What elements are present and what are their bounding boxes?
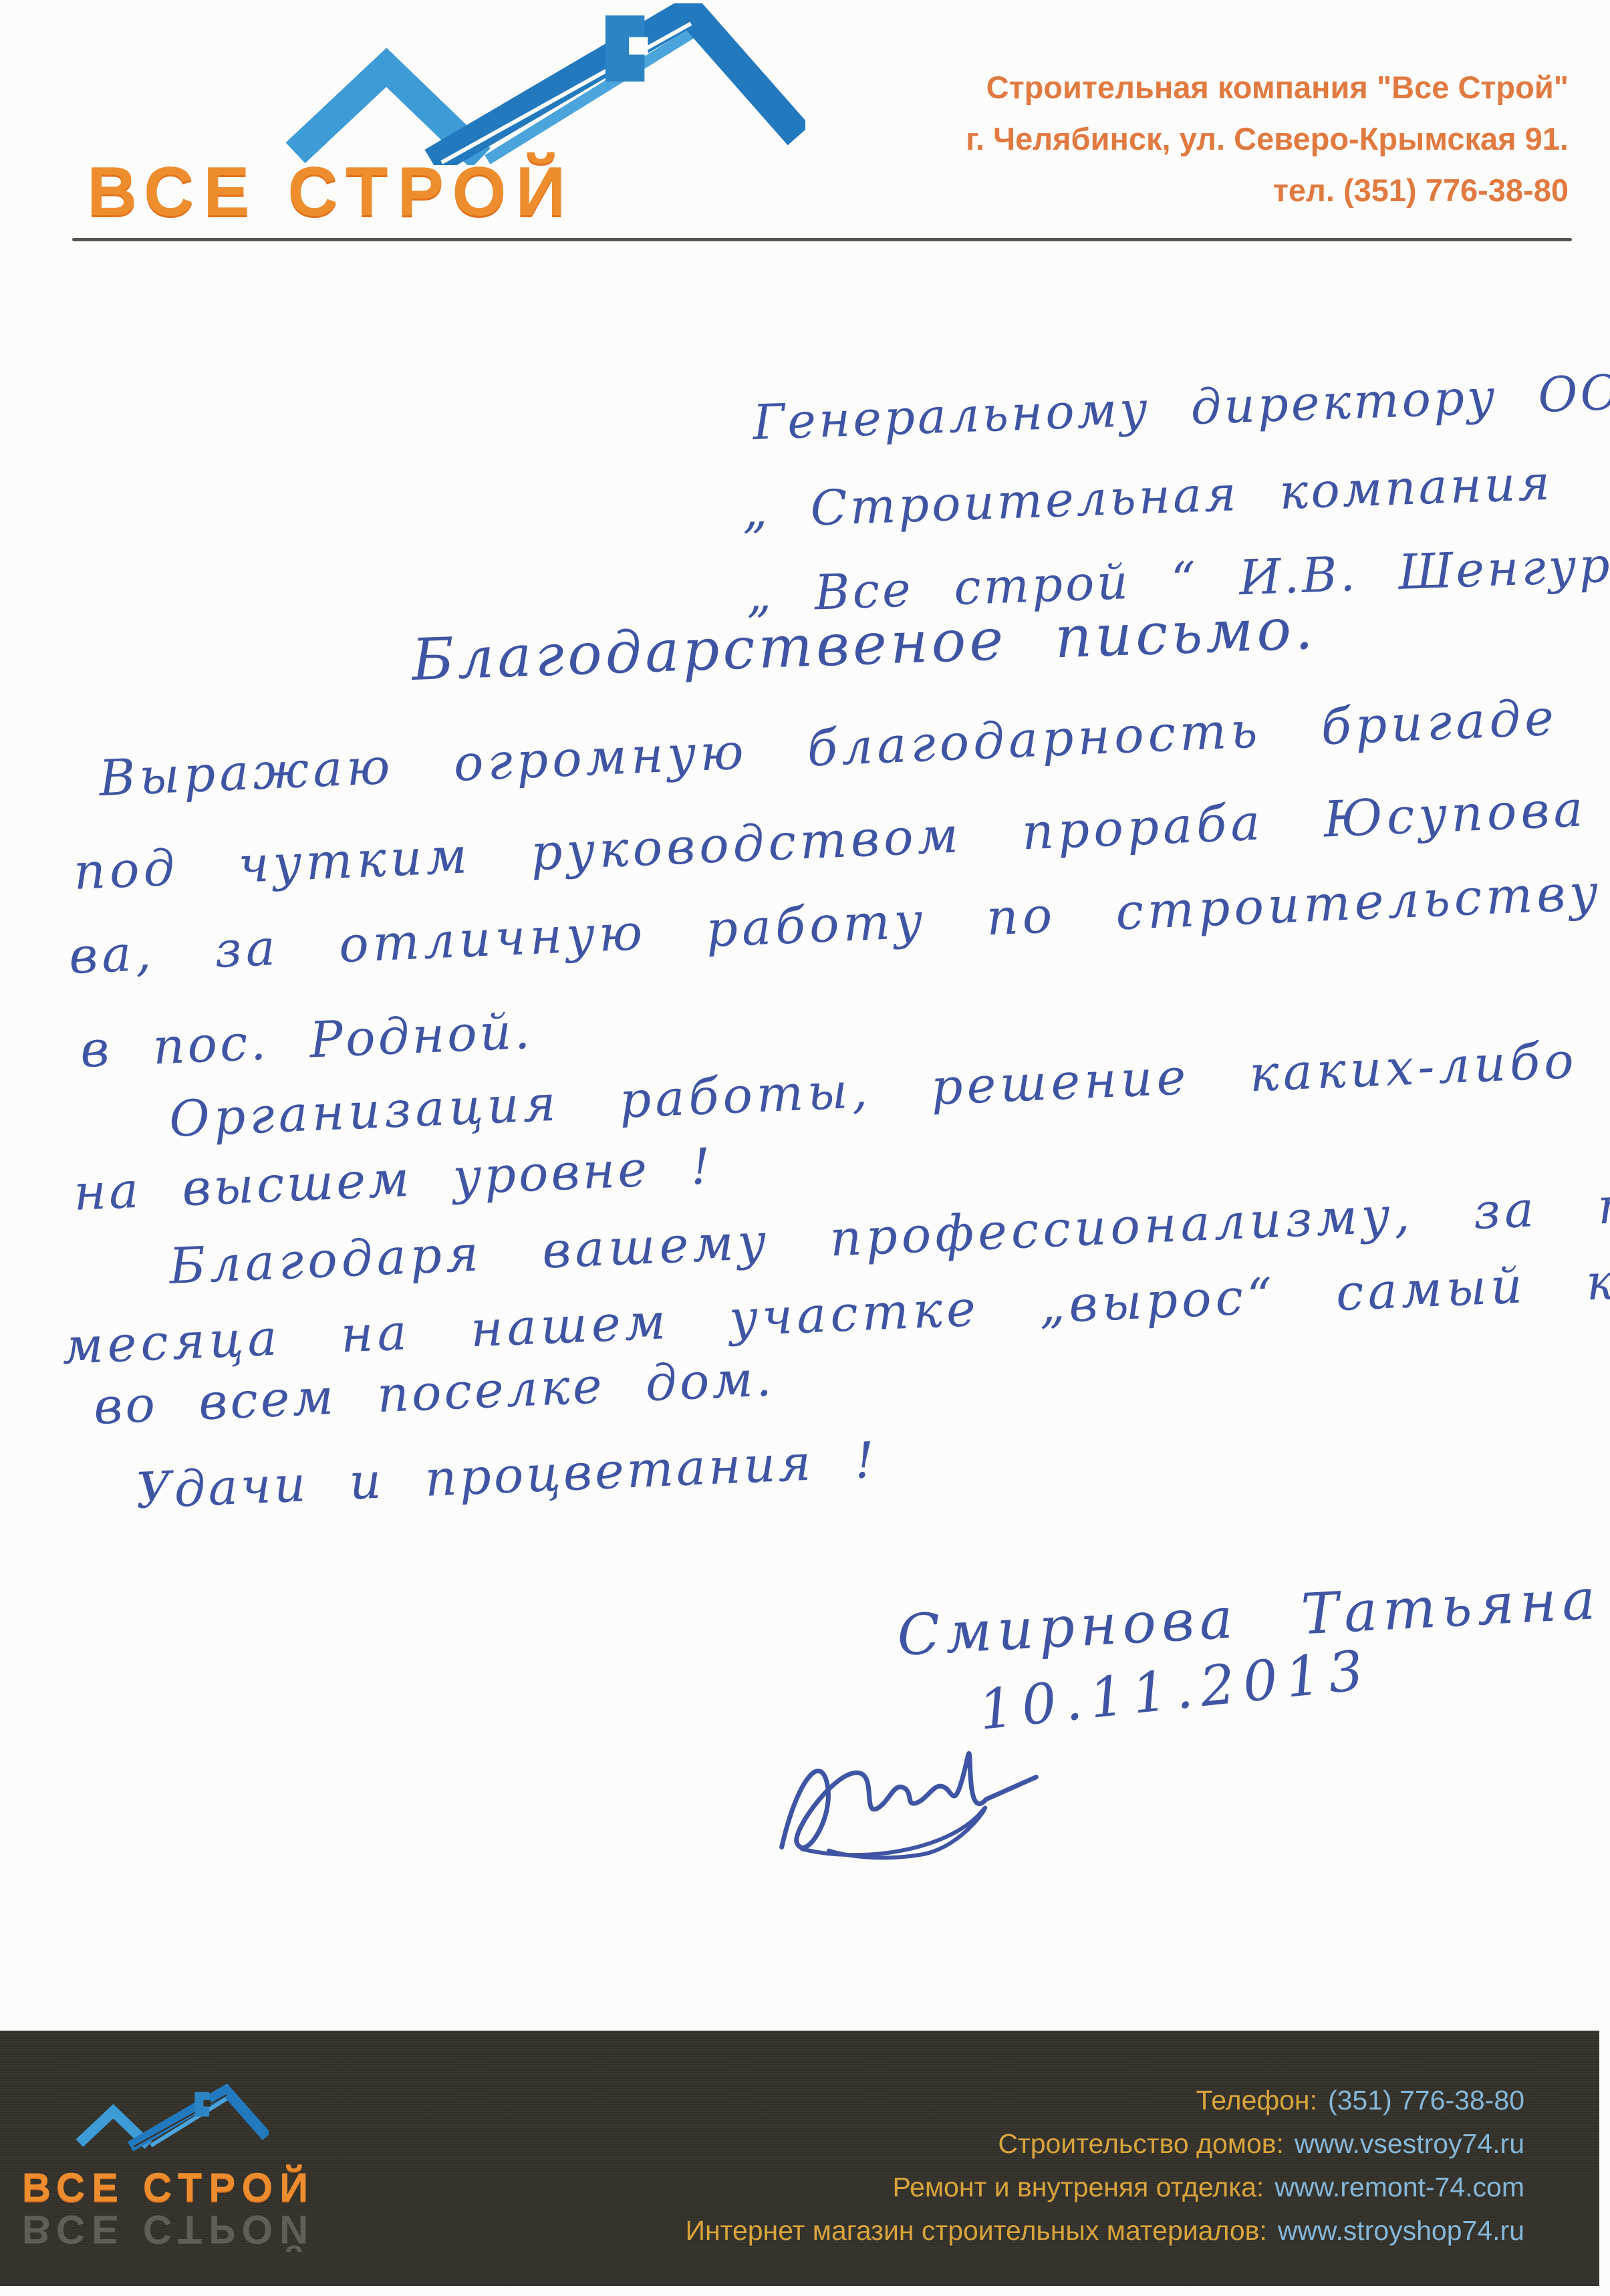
footer-logo-reflection: ВСЕ СТРОЙ (15, 2206, 322, 2253)
letter-body-line: в пос. Родной. (79, 1003, 533, 1079)
scanned-letter-page: ВСЕ СТРОЙ Строительная компания "Все Стр… (0, 0, 1610, 2296)
footer-value-url: www.stroyshop74.ru (1278, 2215, 1524, 2246)
footer-label: Телефон: (1196, 2085, 1317, 2116)
footer-label: Ремонт и внутреняя отделка: (893, 2172, 1264, 2202)
company-contact-block: Строительная компания "Все Строй" г. Чел… (966, 61, 1569, 216)
footer-label: Интернет магазин строительных материалов… (686, 2215, 1267, 2246)
handwritten-signature-icon (757, 1714, 1061, 1882)
footer-line-repair: Ремонт и внутреняя отделка:www.remont-74… (686, 2166, 1524, 2209)
header-divider-line (72, 238, 1572, 241)
company-phone: тел. (351) 776-38-80 (966, 164, 1569, 216)
footer-line-construction: Строительство домов:www.vsestroy74.ru (686, 2122, 1524, 2166)
footer-logo-wordmark: ВСЕ СТРОЙ (15, 2164, 322, 2210)
logo-wordmark: ВСЕ СТРОЙ (87, 152, 809, 232)
footer-band: ВСЕ СТРОЙ ВСЕ СТРОЙ Телефон:(351) 776-38… (0, 2031, 1599, 2286)
company-address: г. Челябинск, ул. Северо-Крымская 91. (966, 113, 1569, 164)
footer-value-url: www.vsestroy74.ru (1295, 2128, 1524, 2159)
footer-value: (351) 776-38-80 (1328, 2085, 1524, 2116)
footer-value-url: www.remont-74.com (1274, 2172, 1524, 2202)
letter-body-line: Удачи и процветания ! (134, 1432, 878, 1520)
roof-logo-icon (68, 2071, 269, 2164)
letter-body-line: Выражаю огромную благодарность бригаде р… (98, 670, 1610, 807)
footer-contact-block: Телефон:(351) 776-38-80 Строительство до… (686, 2079, 1524, 2253)
footer-line-phone: Телефон:(351) 776-38-80 (686, 2079, 1524, 2122)
addressee-line: Генеральному директору ООО (752, 362, 1610, 451)
footer-label: Строительство домов: (998, 2128, 1284, 2159)
company-name: Строительная компания "Все Строй" (966, 61, 1569, 113)
footer-logo: ВСЕ СТРОЙ ВСЕ СТРОЙ (15, 2071, 322, 2253)
footer-line-shop: Интернет магазин строительных материалов… (686, 2209, 1524, 2253)
letter-body-line: на высшем уровне ! (72, 1138, 714, 1222)
roof-logo-icon (264, 3, 805, 165)
addressee-line: „ Строительная компания (741, 455, 1553, 539)
